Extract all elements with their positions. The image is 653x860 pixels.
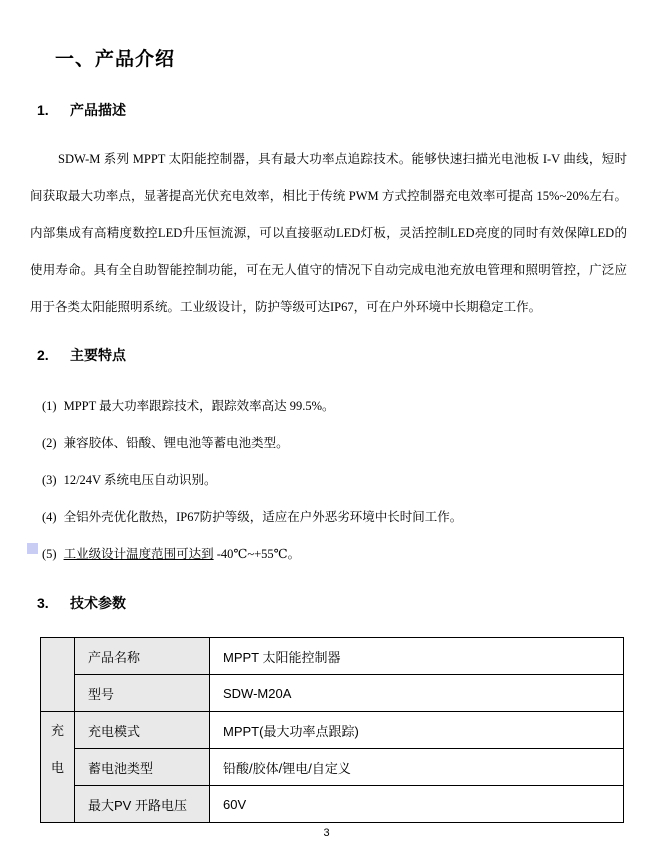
feature-item-2-text: 兼容胶体、铅酸、锂电池等蓄电池类型。 [64, 436, 289, 450]
spec-table: 产品名称 MPPT 太阳能控制器 型号 SDW-M20A 充 电 充电模式 MP… [40, 637, 624, 823]
spec-value-cell: MPPT 太阳能控制器 [210, 638, 624, 675]
spec-label-cell: 蓄电池类型 [75, 749, 210, 786]
table-row: 型号 SDW-M20A [41, 675, 624, 712]
feature-item-3: (3)12/24V 系统电压自动识别。 [42, 462, 622, 499]
feature-item-5-underlined-text: 工业级设计温度范围可达到 [64, 547, 214, 561]
group-char-1: 充 [41, 712, 74, 749]
feature-item-2: (2)兼容胶体、铅酸、锂电池等蓄电池类型。 [42, 425, 622, 462]
group-cell-charging: 充 电 [41, 712, 75, 823]
spec-value-cell: 60V [210, 786, 624, 823]
feature-list: (1)MPPT 最大功率跟踪技术，跟踪效率高达 99.5%。 (2)兼容胶体、铅… [42, 388, 622, 573]
feature-item-5: (5)工业级设计温度范围可达到 -40℃~+55℃。 [42, 536, 622, 573]
table-row: 蓄电池类型 铅酸/胶体/锂电/自定义 [41, 749, 624, 786]
doc-title: 一、产品介绍 [55, 44, 175, 71]
table-row: 最大PV 开路电压 60V [41, 786, 624, 823]
feature-item-3-number: (3) [42, 473, 57, 487]
page-number: 3 [0, 827, 653, 839]
product-description-paragraph: SDW-M 系列 MPPT 太阳能控制器，具有最大功率点追踪技术。能够快速扫描光… [30, 141, 627, 326]
feature-item-3-text: 12/24V 系统电压自动识别。 [64, 473, 217, 487]
section-1-title: 产品描述 [70, 102, 126, 118]
spec-label-cell: 产品名称 [75, 638, 210, 675]
table-row: 充 电 充电模式 MPPT(最大功率点跟踪) [41, 712, 624, 749]
feature-item-1: (1)MPPT 最大功率跟踪技术，跟踪效率高达 99.5%。 [42, 388, 622, 425]
section-2-heading: 2.主要特点 [37, 345, 126, 365]
feature-item-1-number: (1) [42, 399, 57, 413]
section-1-heading: 1.产品描述 [37, 100, 126, 120]
feature-item-4-text: 全铝外壳优化散热，IP67防护等级，适应在户外恶劣环境中长时间工作。 [64, 510, 463, 524]
section-3-number: 3. [37, 595, 70, 611]
comment-marker [27, 543, 38, 554]
feature-item-5-number: (5) [42, 547, 57, 561]
section-3-title: 技术参数 [70, 595, 126, 611]
spec-label-cell: 型号 [75, 675, 210, 712]
spec-value-cell: 铅酸/胶体/锂电/自定义 [210, 749, 624, 786]
feature-item-4-number: (4) [42, 510, 57, 524]
spec-label-cell: 最大PV 开路电压 [75, 786, 210, 823]
section-2-title: 主要特点 [70, 347, 126, 363]
section-1-number: 1. [37, 102, 70, 118]
section-2-number: 2. [37, 347, 70, 363]
section-3-heading: 3.技术参数 [37, 593, 126, 613]
table-row: 产品名称 MPPT 太阳能控制器 [41, 638, 624, 675]
feature-item-2-number: (2) [42, 436, 57, 450]
group-char-2: 电 [41, 749, 74, 786]
spec-value-cell: SDW-M20A [210, 675, 624, 712]
feature-item-1-text: MPPT 最大功率跟踪技术，跟踪效率高达 99.5%。 [64, 399, 335, 413]
feature-item-4: (4)全铝外壳优化散热，IP67防护等级，适应在户外恶劣环境中长时间工作。 [42, 499, 622, 536]
group-label-charging: 充 电 [41, 712, 74, 786]
group-cell-empty [41, 638, 75, 712]
feature-item-5-tail-text: -40℃~+55℃。 [214, 547, 301, 561]
spec-value-cell: MPPT(最大功率点跟踪) [210, 712, 624, 749]
spec-label-cell: 充电模式 [75, 712, 210, 749]
